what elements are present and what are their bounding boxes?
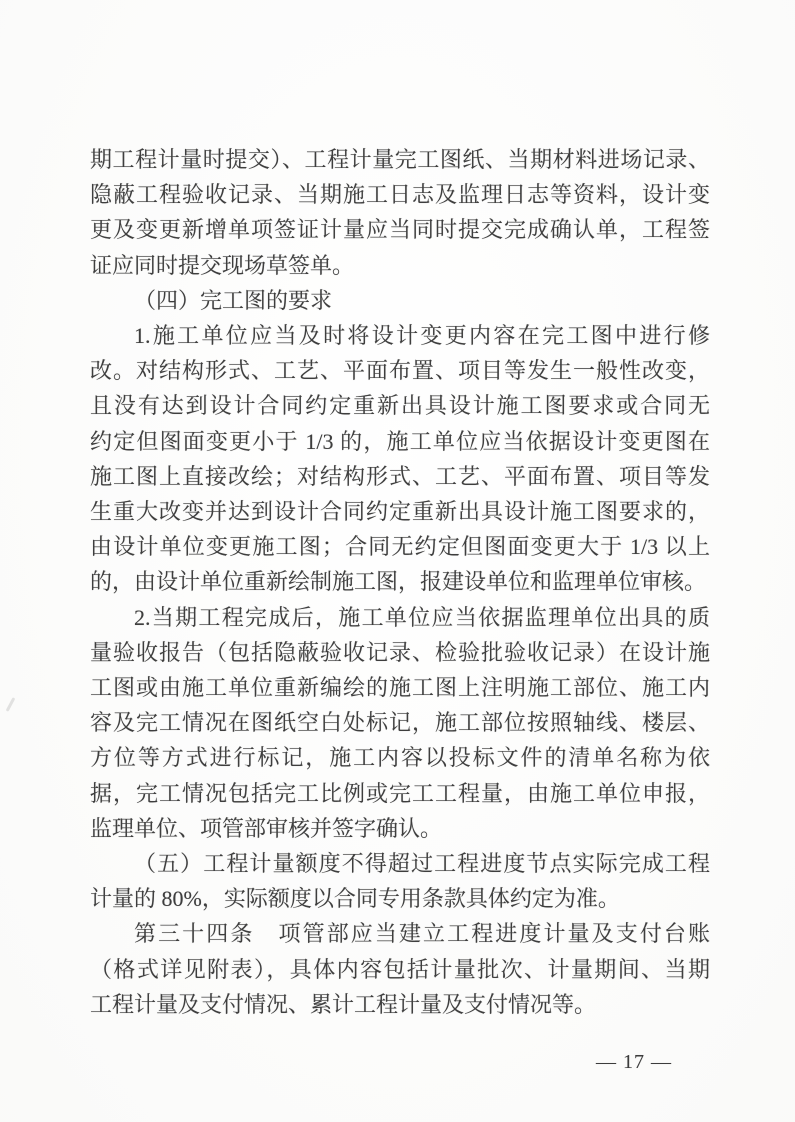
text-line: （格式详见附表），具体内容包括计量批次、计量期间、当期 <box>90 952 710 987</box>
text-line: 第三十四条 项管部应当建立工程进度计量及支付台账 <box>90 916 710 951</box>
text-line: 计量的 80%，实际额度以合同专用条款具体约定为准。 <box>90 881 710 916</box>
text-line: 施工图上直接改绘；对结构形式、工艺、平面布置、项目等发 <box>90 459 710 494</box>
text-line: 2.当期工程完成后，施工单位应当依据监理单位出具的质 <box>90 600 710 635</box>
text-line: 容及完工情况在图纸空白处标记，施工部位按照轴线、楼层、 <box>90 705 710 740</box>
text-line: 方位等方式进行标记，施工内容以投标文件的清单名称为依 <box>90 740 710 775</box>
text-line: （五）工程计量额度不得超过工程进度节点实际完成工程 <box>90 846 710 881</box>
text-line: 且没有达到设计合同约定重新出具设计施工图要求或合同无 <box>90 388 710 423</box>
text-line: 隐蔽工程验收记录、当期施工日志及监理日志等资料，设计变 <box>90 177 710 212</box>
text-line: 工程计量及支付情况、累计工程计量及支付情况等。 <box>90 987 710 1022</box>
text-line: 更及变更新增单项签证计量应当同时提交完成确认单，工程签 <box>90 212 710 247</box>
document-page: 期工程计量时提交）、工程计量完工图纸、当期材料进场记录、隐蔽工程验收记录、当期施… <box>0 0 795 1122</box>
text-line: 量验收报告（包括隐蔽验收记录、检验批验收记录）在设计施 <box>90 635 710 670</box>
text-line: 生重大改变并达到设计合同约定重新出具设计施工图要求的， <box>90 494 710 529</box>
text-line: 监理单位、项管部审核并签字确认。 <box>90 811 710 846</box>
text-line: 期工程计量时提交）、工程计量完工图纸、当期材料进场记录、 <box>90 142 710 177</box>
scan-artifact <box>6 697 16 712</box>
text-line: 改。对结构形式、工艺、平面布置、项目等发生一般性改变， <box>90 353 710 388</box>
text-line: （四）完工图的要求 <box>90 283 710 318</box>
page-number: — 17 — <box>596 1050 686 1074</box>
document-body: 期工程计量时提交）、工程计量完工图纸、当期材料进场记录、隐蔽工程验收记录、当期施… <box>90 142 710 1022</box>
text-line: 由设计单位变更施工图；合同无约定但图面变更大于 1/3 以上 <box>90 529 710 564</box>
text-line: 工图或由施工单位重新编绘的施工图上注明施工部位、施工内 <box>90 670 710 705</box>
text-line: 证应同时提交现场草签单。 <box>90 248 710 283</box>
text-line: 据，完工情况包括完工比例或完工工程量，由施工单位申报， <box>90 776 710 811</box>
text-line: 约定但图面变更小于 1/3 的，施工单位应当依据设计变更图在 <box>90 424 710 459</box>
text-line: 1.施工单位应当及时将设计变更内容在完工图中进行修 <box>90 318 710 353</box>
text-line: 的，由设计单位重新绘制施工图，报建设单位和监理单位审核。 <box>90 564 710 599</box>
